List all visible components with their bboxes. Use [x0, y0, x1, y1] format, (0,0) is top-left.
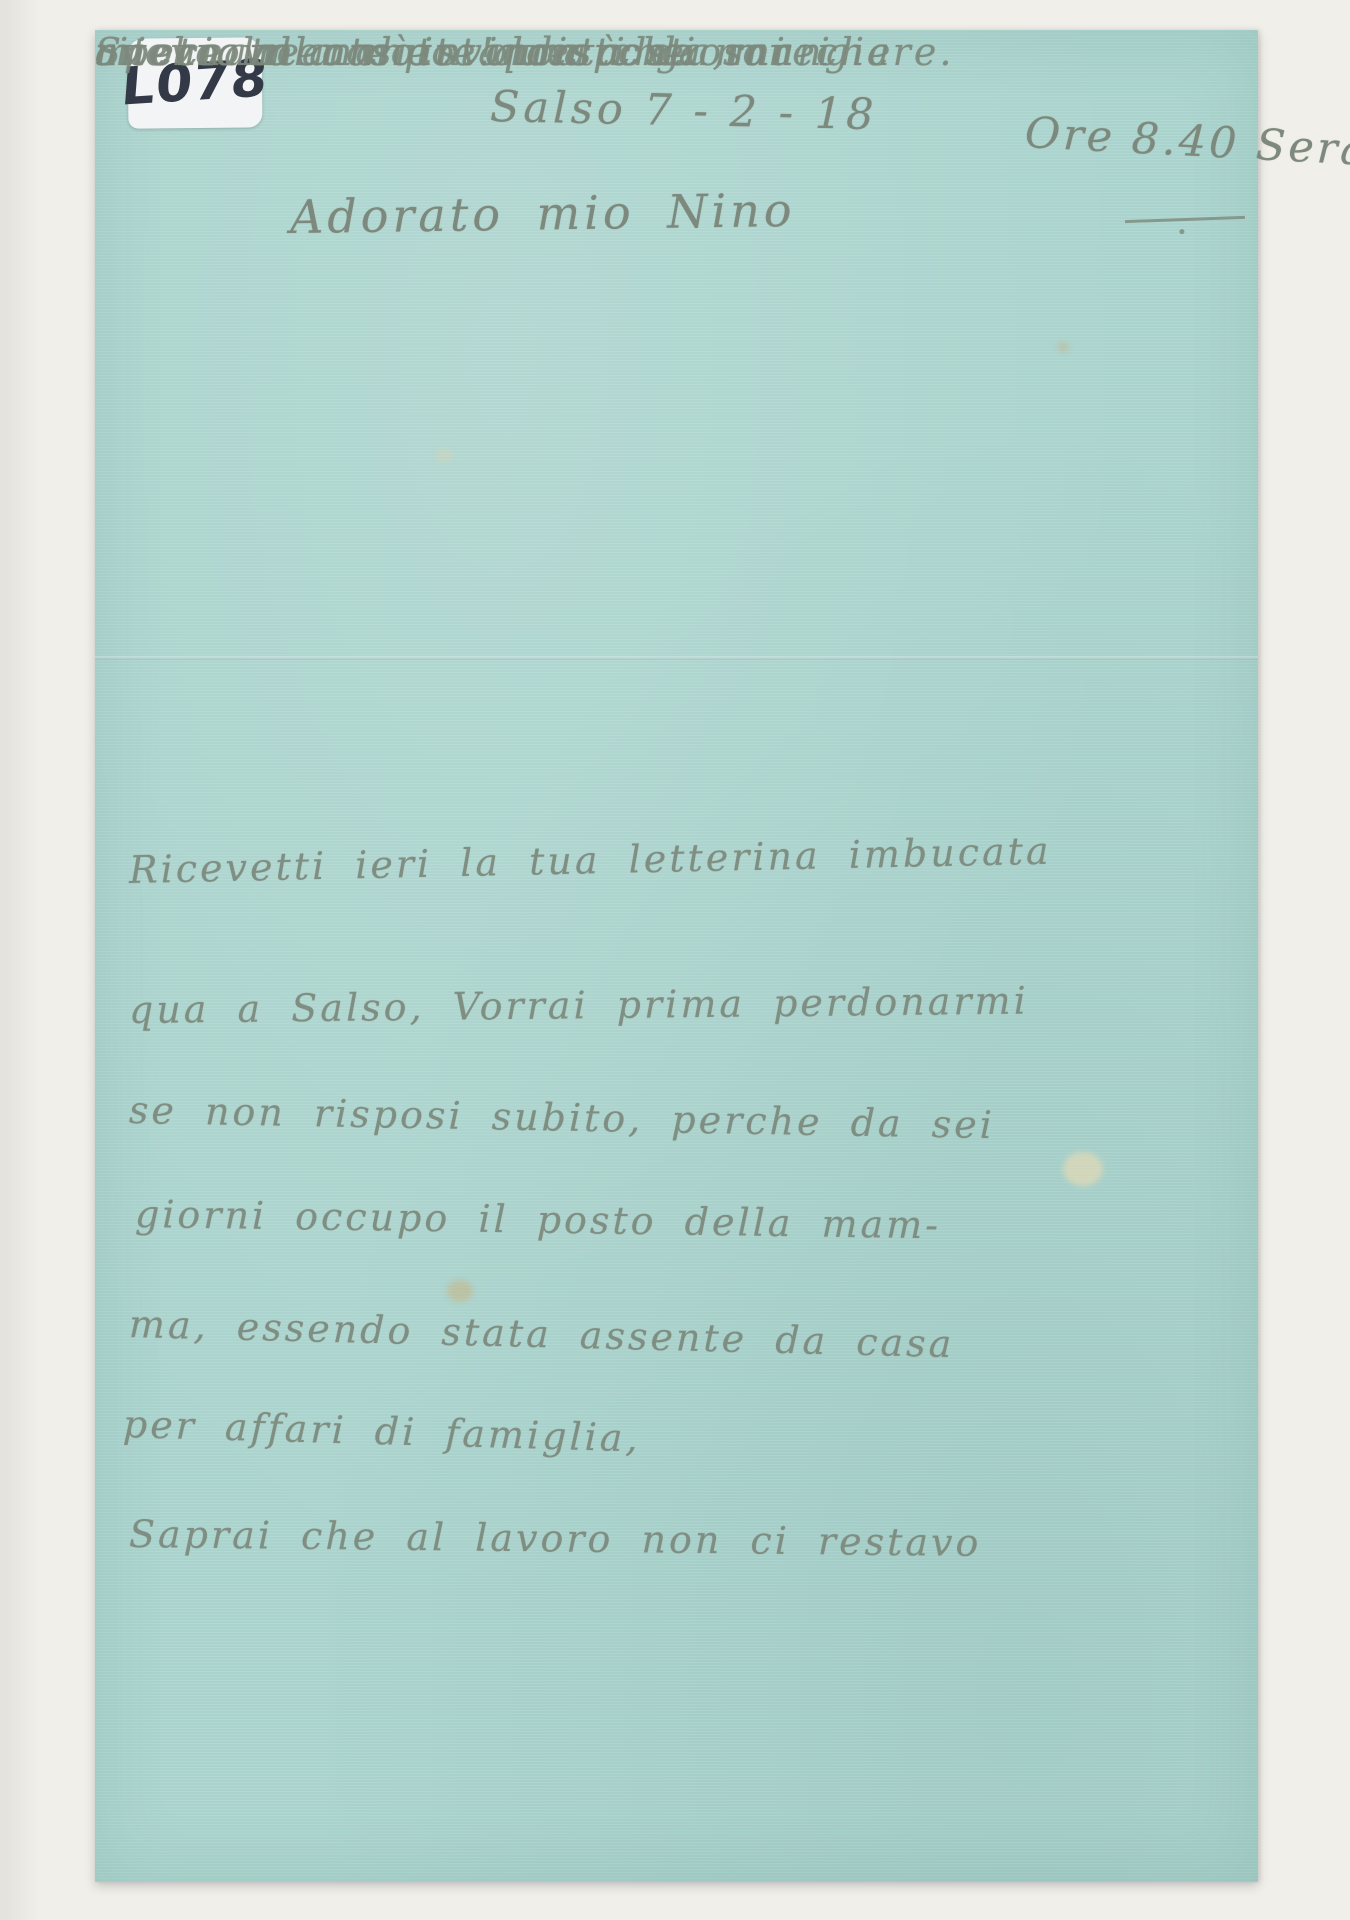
handwritten-line: ma, essendo stata assente da casa [128, 1302, 954, 1366]
letter-paper: L078 Salso 7 - 2 - 18 Ore 8.40 Sera Ador… [95, 30, 1258, 1882]
paper-stain [1063, 1152, 1103, 1186]
time-underline [1125, 216, 1245, 223]
handwritten-line: per affari di famiglia, [122, 1402, 641, 1460]
paper-stain [435, 448, 453, 462]
handwritten-line: Ricevetti ieri la tua letterina imbucata [129, 829, 1052, 892]
paper-stain [447, 1280, 473, 1302]
handwritten-line: qua a Salso, Vorrai prima perdonarmi [129, 979, 1029, 1032]
letter-salutation: Adorato mio Nino [290, 183, 796, 244]
paper-stain [1057, 342, 1069, 352]
letter-dateline: Salso 7 - 2 - 18 [489, 82, 878, 140]
handwritten-line: Saprai che al lavoro non ci restavo [129, 1512, 982, 1565]
letter-time: Ore 8.40 Sera [1024, 108, 1350, 176]
handwritten-line: mi trovo un po indisposta, [95, 30, 728, 74]
handwritten-line: giorni occupo il posto della mam- [135, 1192, 942, 1247]
paper-fold-crease [95, 656, 1258, 660]
handwritten-line: se non risposi subito, perche da sei [129, 1088, 996, 1147]
scan-background: L078 Salso 7 - 2 - 18 Ore 8.40 Sera Ador… [0, 0, 1350, 1920]
